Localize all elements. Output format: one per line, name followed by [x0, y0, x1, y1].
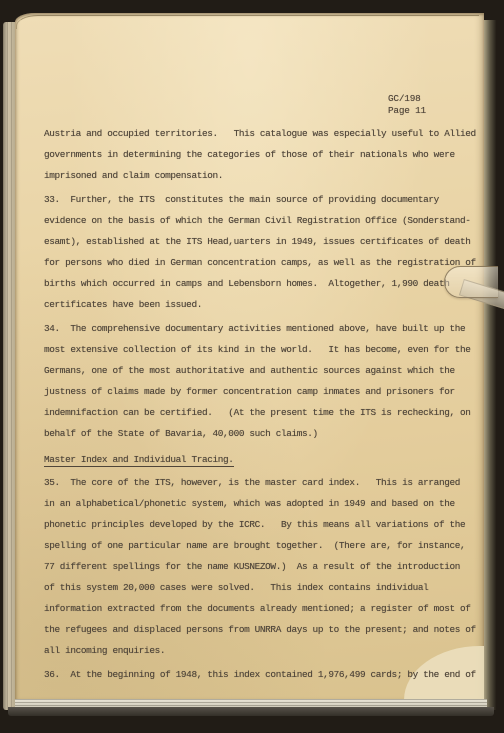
page-number: Page 11	[388, 105, 426, 116]
binding-board	[8, 707, 494, 716]
text-line: the refugees and displaced persons from …	[44, 619, 488, 640]
text-line: information extracted from the documents…	[44, 598, 488, 619]
text-line: Master Index and Individual Tracing.	[44, 449, 488, 470]
paragraph: 35. The core of the ITS, however, is the…	[44, 472, 488, 661]
text-line: Germans, one of the most authoritative a…	[44, 360, 488, 381]
document-page: GC/198 Page 11 Austria and occupied terr…	[15, 13, 484, 704]
text-line: all incoming enquiries.	[44, 640, 488, 661]
heading-text: Master Index and Individual Tracing.	[44, 454, 234, 467]
text-line: 34. The comprehensive documentary activi…	[44, 318, 488, 339]
text-line: phonetic principles developed by the ICR…	[44, 514, 488, 535]
text-line: imprisoned and claim compensation.	[44, 165, 488, 186]
doc-reference: GC/198	[388, 93, 421, 104]
text-line: in an alphabetical/phonetic system, whic…	[44, 493, 488, 514]
paragraph: 34. The comprehensive documentary activi…	[44, 318, 488, 444]
document-header: GC/198 Page 11	[388, 93, 426, 116]
text-line: certificates have been issued.	[44, 294, 488, 315]
text-line: indemnifaction can be certified. (At the…	[44, 402, 488, 423]
section-heading: Master Index and Individual Tracing.	[44, 449, 488, 470]
text-block: Austria and occupied territories. This c…	[44, 123, 488, 688]
text-line: 33. Further, the ITS constitutes the mai…	[44, 189, 488, 210]
text-line: esamt), established at the ITS Head,uart…	[44, 231, 488, 252]
text-line: evidence on the basis of which the Germa…	[44, 210, 488, 231]
text-line: behalf of the State of Bavaria, 40,000 s…	[44, 423, 488, 444]
scanned-document: GC/198 Page 11 Austria and occupied terr…	[0, 0, 504, 733]
text-line: births which occurred in camps and Leben…	[44, 273, 488, 294]
text-line: 36. At the beginning of 1948, this index…	[44, 664, 488, 685]
text-line: for persons who died in German concentra…	[44, 252, 488, 273]
text-line: of this system 20,000 cases were solved.…	[44, 577, 488, 598]
paragraph: Austria and occupied territories. This c…	[44, 123, 488, 186]
text-line: spelling of one particular name are brou…	[44, 535, 488, 556]
text-line: justness of claims made by former concen…	[44, 381, 488, 402]
paragraph: 33. Further, the ITS constitutes the mai…	[44, 189, 488, 315]
text-line: governments in determining the categorie…	[44, 144, 488, 165]
text-line: 77 different spellings for the name KUSN…	[44, 556, 488, 577]
text-line: 35. The core of the ITS, however, is the…	[44, 472, 488, 493]
paper-clip-tab	[444, 266, 498, 298]
text-line: most extensive collection of its kind in…	[44, 339, 488, 360]
paragraph: 36. At the beginning of 1948, this index…	[44, 664, 488, 685]
text-line: Austria and occupied territories. This c…	[44, 123, 488, 144]
book-right-edge	[484, 20, 497, 710]
